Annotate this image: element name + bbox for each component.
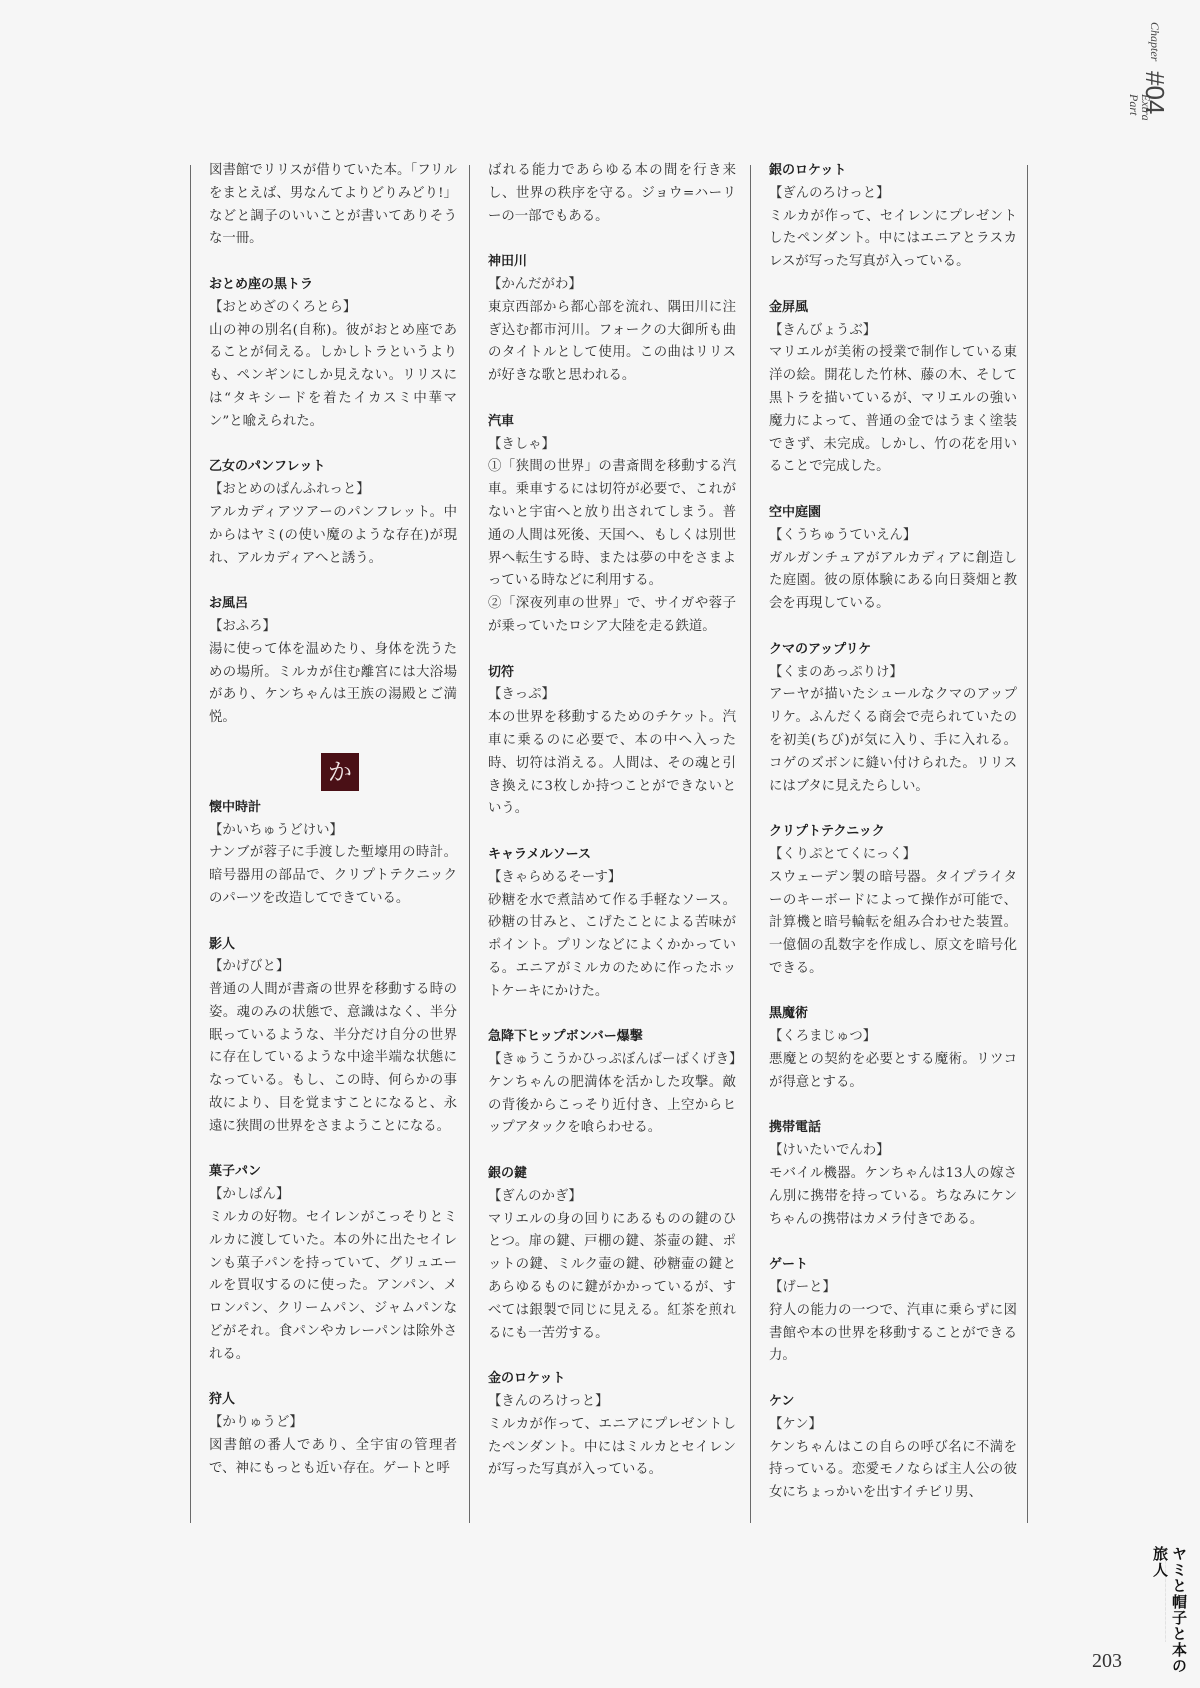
entry-body: アルカディアツアーのパンフレット。中からはヤミ(の使い魔のような存在)が現れ、ア… [209, 502, 457, 570]
entry-reading: 【くろまじゅつ】 [769, 1026, 1017, 1049]
entry-reading: 【きしゃ】 [488, 434, 736, 457]
entry-title: 汽車 [488, 411, 736, 434]
entry-reading: 【おふろ】 [209, 616, 457, 639]
entry-reading: 【けいたいでんわ】 [769, 1140, 1017, 1163]
glossary-entry: おとめ座の黒トラ 【おとめざのくろとら】 山の神の別名(自称)。彼がおとめ座であ… [209, 274, 457, 434]
entry-body: ばれる能力であらゆる本の間を行き来し、世界の秩序を守る。ジョウ=ハーリーの一部で… [488, 160, 736, 228]
glossary-entry: クリプトテクニック 【くりぷとてくにっく】 スウェーデン製の暗号器。タイプライタ… [769, 821, 1017, 981]
glossary-entry: 切符 【きっぷ】 本の世界を移動するためのチケット。汽車に乗るのに必要で、本の中… [488, 662, 736, 822]
chapter-word: Chapter [1148, 22, 1162, 61]
entry-reading: 【かんだがわ】 [488, 274, 736, 297]
glossary-entry: 汽車 【きしゃ】 ①「狭間の世界」の書斎間を移動する汽車。乗車するには切符が必要… [488, 411, 736, 639]
entry-title: 銀の鍵 [488, 1163, 736, 1186]
glossary-entry: 空中庭園 【くうちゅうていえん】 ガルガンチュアがアルカディアに創造した庭園。彼… [769, 502, 1017, 616]
entry-body: 図書館でリリスが借りていた本。「フリルをまとえば、男なんてよりどりみどり!」など… [209, 160, 457, 251]
column-rule [1027, 165, 1028, 1523]
entry-body: スウェーデン製の暗号器。タイプライターのキーボードによって操作が可能で、計算機と… [769, 867, 1017, 981]
entry-body: 東京西部から都心部を流れ、隅田川に注ぎ込む都市河川。フォークの大御所も曲のタイト… [488, 297, 736, 388]
glossary-entry: 懐中時計 【かいちゅうどけい】 ナンブが蓉子に手渡した塹壕用の時計。暗号器用の部… [209, 797, 457, 911]
entry-body: 本の世界を移動するためのチケット。汽車に乗るのに必要で、本の中へ入った時、切符は… [488, 707, 736, 821]
entry-reading: 【きゅうこうかひっぷぼんばーばくげき】 [488, 1049, 736, 1072]
entry-reading: 【ケン】 [769, 1414, 1017, 1437]
entry-title: クリプトテクニック [769, 821, 1017, 844]
entry-body: マリエルの身の回りにあるものの鍵のひとつ。扉の鍵、戸棚の鍵、茶壷の鍵、ポットの鍵… [488, 1209, 736, 1346]
glossary-entry: 金屏風 【きんびょうぶ】 マリエルが美術の授業で制作している東洋の絵。開花した竹… [769, 297, 1017, 479]
entry-body: 悪魔との契約を必要とする魔術。リツコが得意とする。 [769, 1049, 1017, 1095]
entry-reading: 【きっぷ】 [488, 684, 736, 707]
entry-body: ミルカが作って、セイレンにプレゼントしたペンダント。中にはエニアとラスカレスが写… [769, 206, 1017, 274]
glossary-entry: クマのアップリケ 【くまのあっぷりけ】 アーヤが描いたシュールなクマのアップリケ… [769, 639, 1017, 799]
entry-title: 影人 [209, 934, 457, 957]
chapter-tag: Chapter #04 Extra Part [1142, 22, 1168, 115]
entry-body: ミルカが作って、エニアにプレゼントしたペンダント。中にはミルカとセイレンが写った… [488, 1414, 736, 1482]
entry-reading: 【くまのあっぷりけ】 [769, 662, 1017, 685]
chapter-subtitle: Extra Part [1128, 94, 1152, 121]
entry-reading: 【ぎんのかぎ】 [488, 1186, 736, 1209]
entry-title: 乙女のパンフレット [209, 456, 457, 479]
entry-body: アーヤが描いたシュールなクマのアップリケ。ふんだくる商会で売られていたのを初美(… [769, 684, 1017, 798]
glossary-entry: 黒魔術 【くろまじゅつ】 悪魔との契約を必要とする魔術。リツコが得意とする。 [769, 1003, 1017, 1094]
column-rule [190, 165, 191, 1523]
entry-reading: 【げーと】 [769, 1277, 1017, 1300]
entry-body: 湯に使って体を温めたり、身体を洗うための場所。ミルカが住む離宮には大浴場があり、… [209, 639, 457, 730]
book-title: ヤミと帽子と本の旅人 [1150, 1546, 1188, 1688]
entry-reading: 【くうちゅうていえん】 [769, 525, 1017, 548]
entry-reading: 【おとめのぱんふれっと】 [209, 479, 457, 502]
entry-reading: 【くりぷとてくにっく】 [769, 844, 1017, 867]
entry-body: モバイル機器。ケンちゃんは13人の嫁さん別に携帯を持っている。ちなみにケンちゃん… [769, 1163, 1017, 1231]
glossary-entry: お風呂 【おふろ】 湯に使って体を温めたり、身体を洗うための場所。ミルカが住む離… [209, 593, 457, 730]
glossary-entry: 乙女のパンフレット 【おとめのぱんふれっと】 アルカディアツアーのパンフレット。… [209, 456, 457, 570]
entry-reading: 【かいちゅうどけい】 [209, 820, 457, 843]
entry-reading: 【ぎんのろけっと】 [769, 183, 1017, 206]
glossary-entry: ゲート 【げーと】 狩人の能力の一つで、汽車に乗らずに図書館や本の世界を移動する… [769, 1254, 1017, 1368]
entry-title: 空中庭園 [769, 502, 1017, 525]
entry-body: 普通の人間が書斎の世界を移動する時の姿。魂のみの状態で、意識はなく、半分眠ってい… [209, 979, 457, 1139]
glossary-column-1: 図書館でリリスが借りていた本。「フリルをまとえば、男なんてよりどりみどり!」など… [209, 160, 457, 1503]
glossary-column-3: 銀のロケット 【ぎんのろけっと】 ミルカが作って、セイレンにプレゼントしたペンダ… [769, 160, 1017, 1528]
section-header: か [209, 753, 457, 791]
glossary-entry: ケン 【ケン】 ケンちゃんはこの自らの呼び名に不満を持っている。恋愛モノならば主… [769, 1391, 1017, 1505]
entry-reading: 【かしぱん】 [209, 1184, 457, 1207]
glossary-entry: 金のロケット 【きんのろけっと】 ミルカが作って、エニアにプレゼントしたペンダン… [488, 1368, 736, 1482]
entry-body: ケンちゃんはこの自らの呼び名に不満を持っている。恋愛モノならば主人公の彼女にちょ… [769, 1437, 1017, 1505]
entry-body: ガルガンチュアがアルカディアに創造した庭園。彼の原体験にある向日葵畑と教会を再現… [769, 548, 1017, 616]
glossary-column-2: ばれる能力であらゆる本の間を行き来し、世界の秩序を守る。ジョウ=ハーリーの一部で… [488, 160, 736, 1505]
glossary-entry: 狩人 【かりゅうど】 図書館の番人であり、全宇宙の管理者で、神にもっとも近い存在… [209, 1389, 457, 1480]
entry-title: 狩人 [209, 1389, 457, 1412]
kana-section-badge: か [321, 753, 359, 791]
column-rule [750, 165, 751, 1523]
entry-body: 狩人の能力の一つで、汽車に乗らずに図書館や本の世界を移動することができる力。 [769, 1300, 1017, 1368]
entry-reading: 【きゃらめるそーす】 [488, 867, 736, 890]
entry-reading: 【きんのろけっと】 [488, 1391, 736, 1414]
entry-title: ゲート [769, 1254, 1017, 1277]
entry-title: キャラメルソース [488, 844, 736, 867]
entry-title: 金屏風 [769, 297, 1017, 320]
page-number: 203 [1092, 1650, 1122, 1673]
entry-body: ナンブが蓉子に手渡した塹壕用の時計。暗号器用の部品で、クリプトテクニックのパーツ… [209, 842, 457, 910]
entry-body: ①「狭間の世界」の書斎間を移動する汽車。乗車するには切符が必要で、これがないと宇… [488, 456, 736, 593]
entry-reading: 【おとめざのくろとら】 [209, 297, 457, 320]
entry-title: おとめ座の黒トラ [209, 274, 457, 297]
entry-body-2: ②「深夜列車の世界」で、サイガや蓉子が乗っていたロシア大陸を走る鉄道。 [488, 593, 736, 639]
entry-body: ケンちゃんの肥満体を活かした攻撃。敵の背後からこっそり近付き、上空からヒップアタ… [488, 1072, 736, 1140]
entry-title: 神田川 [488, 251, 736, 274]
glossary-entry: 携帯電話 【けいたいでんわ】 モバイル機器。ケンちゃんは13人の嫁さん別に携帯を… [769, 1117, 1017, 1231]
entry-body: マリエルが美術の授業で制作している東洋の絵。開花した竹林、藤の木、そして黒トラを… [769, 342, 1017, 479]
entry-reading: 【きんびょうぶ】 [769, 320, 1017, 343]
entry-body: 山の神の別名(自称)。彼がおとめ座であることが伺える。しかしトラというよりも、ペ… [209, 320, 457, 434]
entry-title: 銀のロケット [769, 160, 1017, 183]
glossary-entry: キャラメルソース 【きゃらめるそーす】 砂糖を水で煮詰めて作る手軽なソース。砂糖… [488, 844, 736, 1004]
entry-body: ミルカの好物。セイレンがこっそりとミルカに渡していた。本の外に出たセイレンも菓子… [209, 1207, 457, 1367]
entry-title: 急降下ヒップボンバー爆撃 [488, 1026, 736, 1049]
glossary-entry: ばれる能力であらゆる本の間を行き来し、世界の秩序を守る。ジョウ=ハーリーの一部で… [488, 160, 736, 228]
glossary-entry: 神田川 【かんだがわ】 東京西部から都心部を流れ、隅田川に注ぎ込む都市河川。フォ… [488, 251, 736, 388]
entry-title: お風呂 [209, 593, 457, 616]
entry-title: ケン [769, 1391, 1017, 1414]
entry-reading: 【かりゅうど】 [209, 1412, 457, 1435]
glossary-entry: 影人 【かげびと】 普通の人間が書斎の世界を移動する時の姿。魂のみの状態で、意識… [209, 934, 457, 1139]
entry-title: 黒魔術 [769, 1003, 1017, 1026]
entry-title: 菓子パン [209, 1161, 457, 1184]
entry-body: 図書館の番人であり、全宇宙の管理者で、神にもっとも近い存在。ゲートと呼 [209, 1435, 457, 1481]
entry-title: 金のロケット [488, 1368, 736, 1391]
entry-reading: 【かげびと】 [209, 956, 457, 979]
glossary-entry: 急降下ヒップボンバー爆撃 【きゅうこうかひっぷぼんばーばくげき】 ケンちゃんの肥… [488, 1026, 736, 1140]
entry-title: 携帯電話 [769, 1117, 1017, 1140]
column-rule [469, 165, 470, 1523]
entry-title: 切符 [488, 662, 736, 685]
glossary-entry: 銀のロケット 【ぎんのろけっと】 ミルカが作って、セイレンにプレゼントしたペンダ… [769, 160, 1017, 274]
glossary-entry: 銀の鍵 【ぎんのかぎ】 マリエルの身の回りにあるものの鍵のひとつ。扉の鍵、戸棚の… [488, 1163, 736, 1345]
entry-body: 砂糖を水で煮詰めて作る手軽なソース。砂糖の甘みと、こげたことによる苦味がポイント… [488, 890, 736, 1004]
glossary-entry: 菓子パン 【かしぱん】 ミルカの好物。セイレンがこっそりとミルカに渡していた。本… [209, 1161, 457, 1366]
glossary-entry: 図書館でリリスが借りていた本。「フリルをまとえば、男なんてよりどりみどり!」など… [209, 160, 457, 251]
entry-title: 懐中時計 [209, 797, 457, 820]
entry-title: クマのアップリケ [769, 639, 1017, 662]
